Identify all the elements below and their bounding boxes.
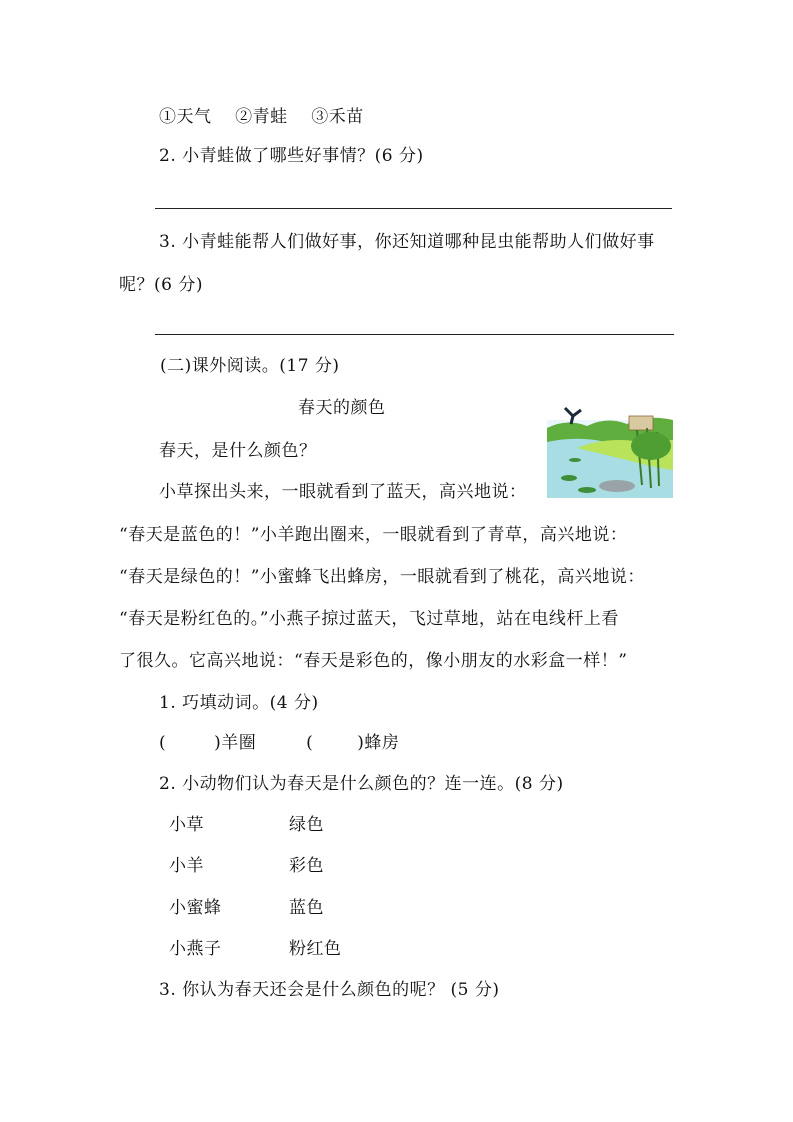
answer-line-q2[interactable] <box>155 208 672 209</box>
q1-options: ①天气 ②青蛙 ③禾苗 <box>159 107 364 127</box>
passage-line-2: 小草探出头来，一眼就看到了蓝天，高兴地说： <box>159 482 527 502</box>
passage-line-3: “春天是蓝色的！”小羊跑出圈来，一眼就看到了青草，高兴地说： <box>119 525 627 545</box>
match-right-1[interactable]: 绿色 <box>289 815 324 835</box>
option-3: ③禾苗 <box>311 107 364 127</box>
passage-line-1: 春天，是什么颜色？ <box>159 441 317 461</box>
option-2: ②青蛙 <box>235 107 288 127</box>
passage-line-4: “春天是绿色的！”小蜜蜂飞出蜂房，一眼就看到了桃花，高兴地说： <box>119 567 645 587</box>
fill-verbs: ()羊圈 ()蜂房 <box>159 733 399 753</box>
match-right-2[interactable]: 彩色 <box>289 856 324 876</box>
match-left-2[interactable]: 小羊 <box>169 856 204 876</box>
question-2: 2. 小青蛙做了哪些好事情？(6 分) <box>159 146 424 166</box>
option-1: ①天气 <box>159 107 212 127</box>
match-left-3[interactable]: 小蜜蜂 <box>169 898 222 918</box>
passage-line-5: “春天是粉红色的。”小燕子掠过蓝天，飞过草地，站在电线杆上看 <box>119 609 619 629</box>
answer-line-q3[interactable] <box>155 334 674 335</box>
sub-question-1: 1. 巧填动词。(4 分) <box>159 693 319 713</box>
sub-question-2: 2. 小动物们认为春天是什么颜色的？连一连。(8 分) <box>159 774 564 794</box>
spring-landscape-illustration <box>547 390 673 498</box>
question-3-line2: 呢？(6 分) <box>119 275 203 295</box>
sub-question-3: 3. 你认为春天还会是什么颜色的呢？ (5 分) <box>159 980 500 1000</box>
match-right-4[interactable]: 粉红色 <box>289 939 342 959</box>
passage-line-6: 了很久。它高兴地说：“春天是彩色的，像小朋友的水彩盒一样！” <box>119 651 627 671</box>
section-heading: (二)课外阅读。(17 分) <box>160 356 340 376</box>
match-right-3[interactable]: 蓝色 <box>289 898 324 918</box>
passage-title: 春天的颜色 <box>298 398 386 418</box>
match-left-4[interactable]: 小燕子 <box>169 939 222 959</box>
question-3-line1: 3. 小青蛙能帮人们做好事，你还知道哪种昆虫能帮助人们做好事 <box>159 232 655 252</box>
match-left-1[interactable]: 小草 <box>169 815 204 835</box>
